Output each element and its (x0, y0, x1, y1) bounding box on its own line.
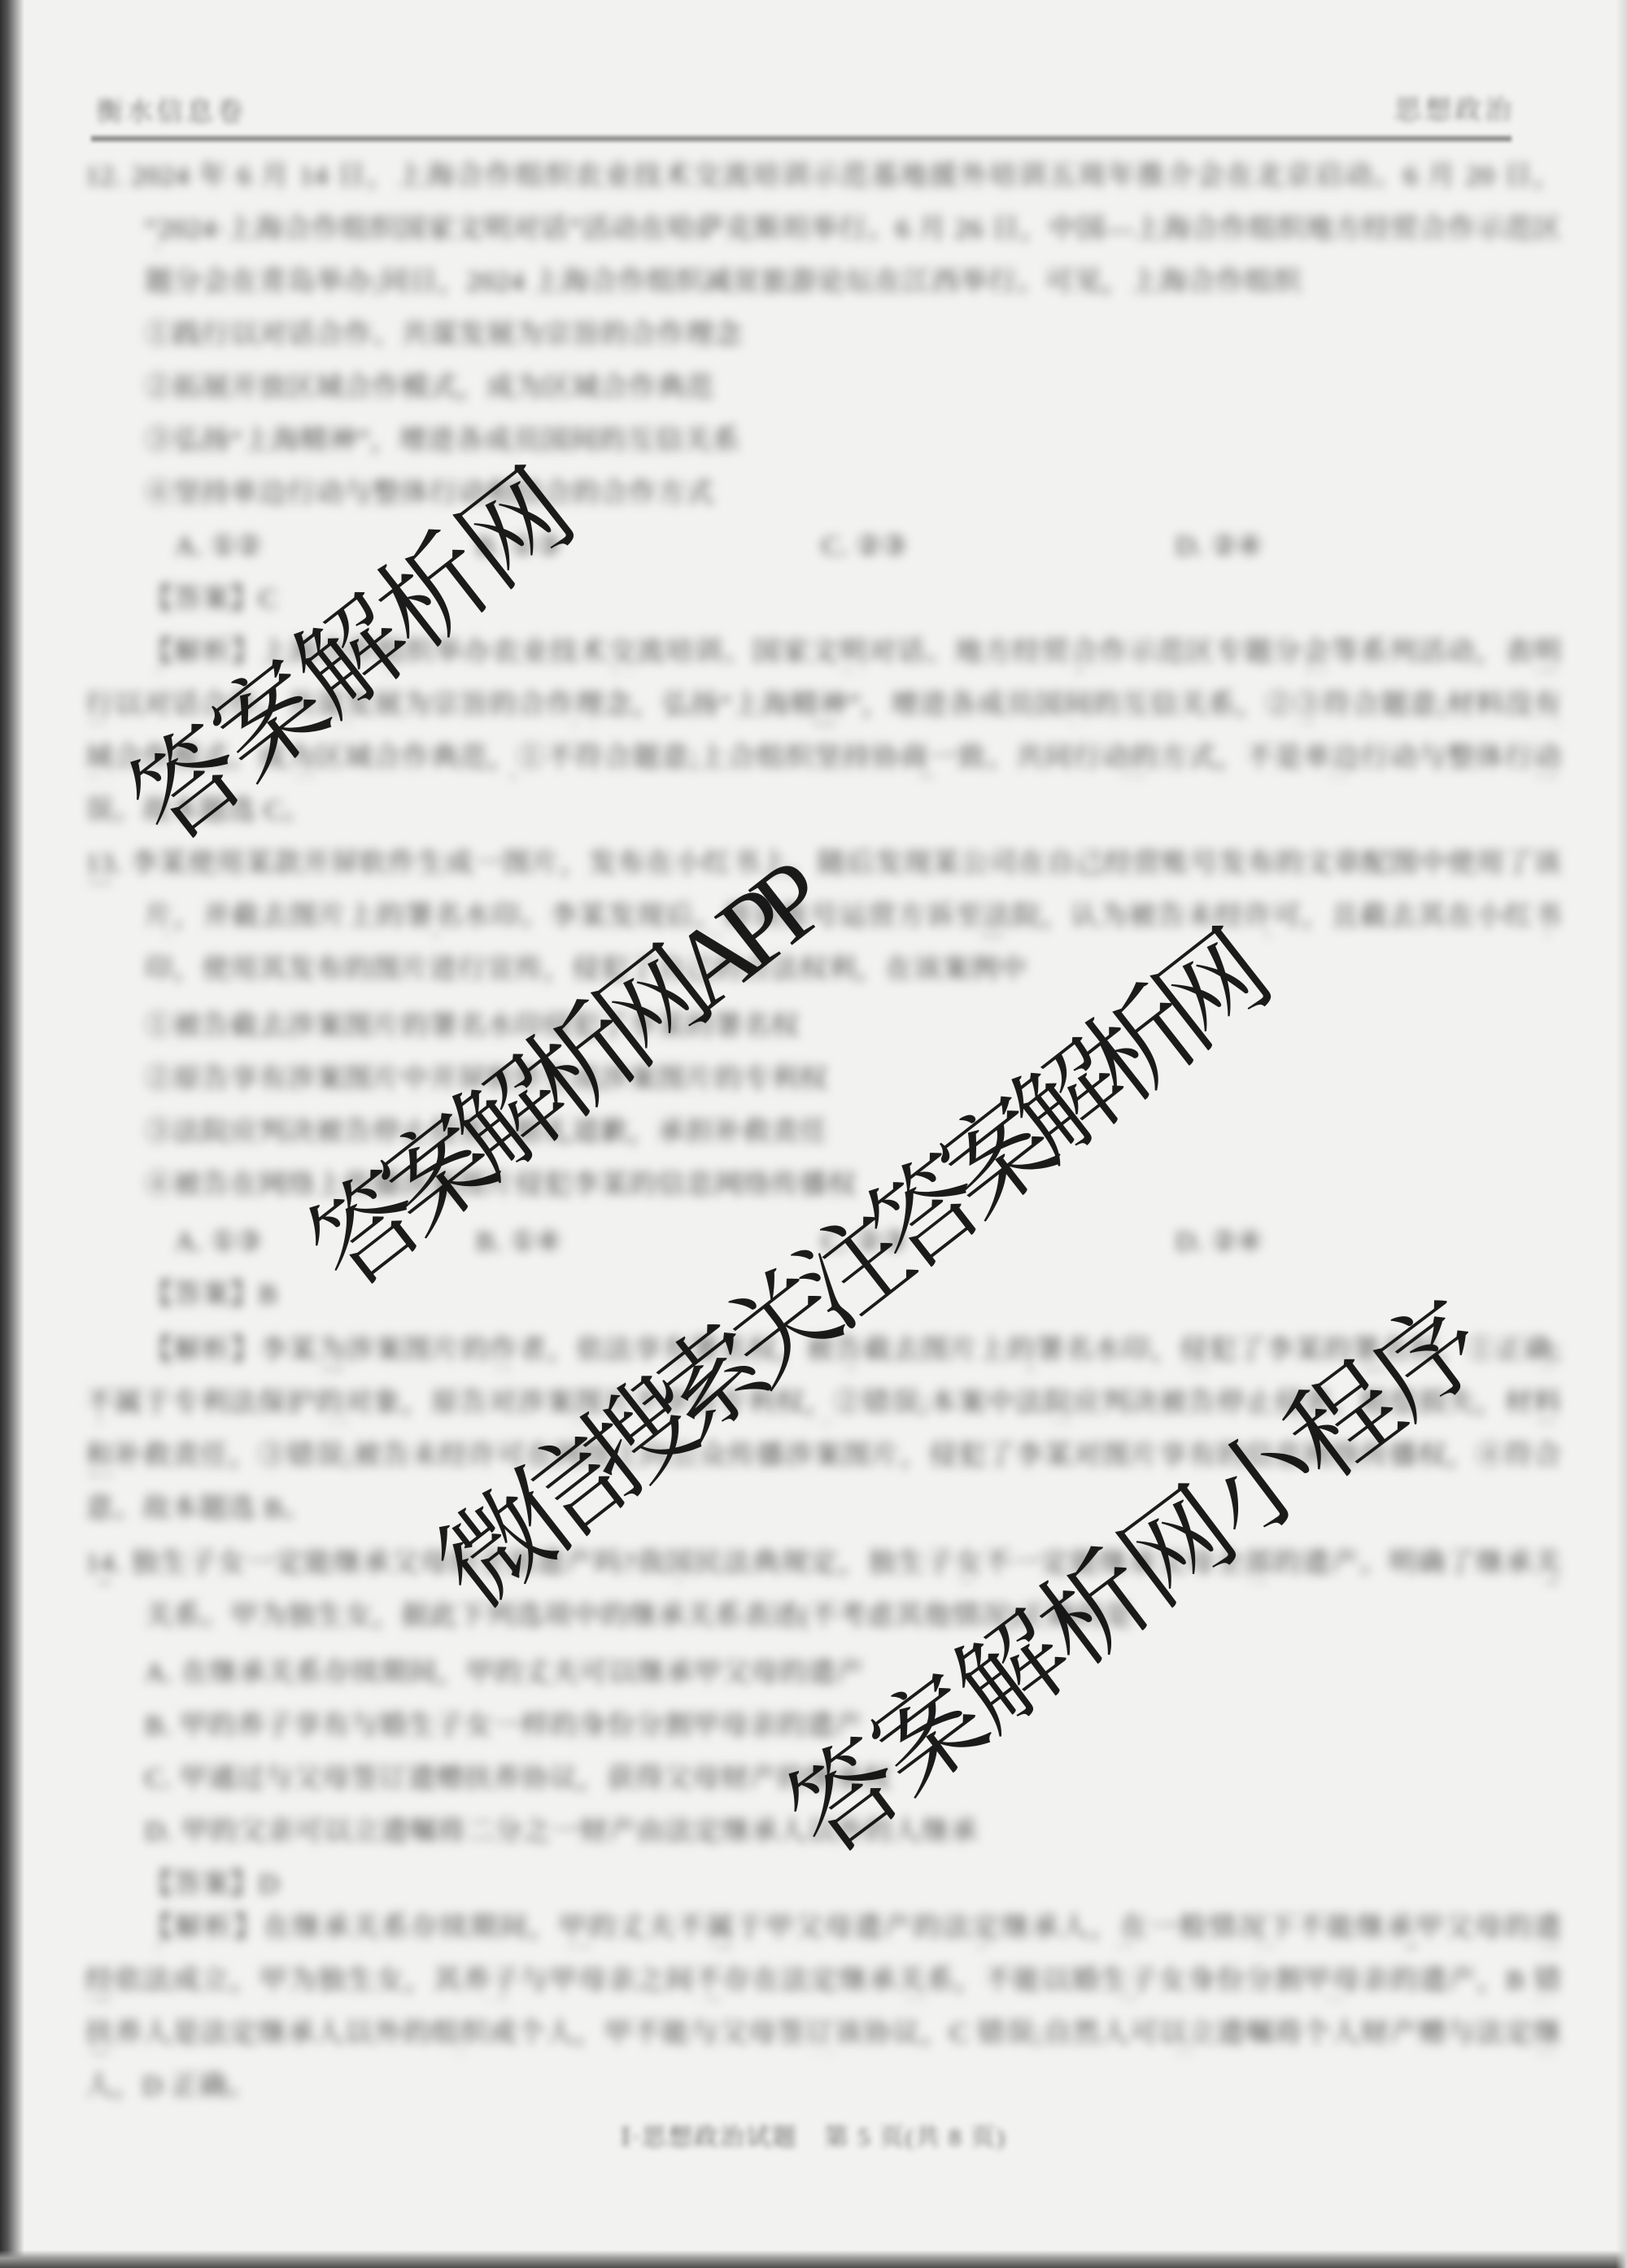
q14-analysis-line-3: 扶养人是法定继承人以外的组织或个人，甲不能与父母签订该协议，C 错误;自然人可以… (85, 2017, 1562, 2053)
q12-stem-line-1: 12. 2024 年 6 月 14 日，上海合作组织农业技术交流培训示范基地援外… (85, 160, 1562, 196)
page-footer: Ⅰ·思想政治试题 第 5 页(共 8 页) (0, 2122, 1627, 2154)
q12-option-a: A. ①② (175, 530, 263, 563)
q13-stem-line-1: 13. 李某使用某款开屏软件生成一图片，发布在小红书上，随后发现某公司在自己经营… (85, 848, 1562, 883)
q12-stem-line-3: 题分会在青岛举办;同日，2024 上海合作组织减贫旅游论坛在江西举行。可见，上海… (145, 266, 1302, 299)
q12-stem-line-2: “2024·上海合作组织国家文明对话”活动在哈萨克斯坦举行。6 月 26 日，中… (145, 213, 1562, 249)
scanned-exam-page: 衡水信息卷 思想政治 12. 2024 年 6 月 14 日，上海合作组织农业技… (0, 0, 1627, 2268)
scan-edge-left (0, 0, 24, 2268)
header-right-subject: 思想政治 (1394, 94, 1515, 127)
scan-edge-right (1616, 0, 1627, 2268)
scan-edge-bottom (0, 2250, 1627, 2268)
q13-answer: 【答案】B (145, 1279, 278, 1311)
q14-analysis-line-1: 【解析】在继承关系存续期间，甲的丈夫不属于甲父母遗产的法定继承人，在一般情况下不… (145, 1912, 1562, 1947)
q14-option-b: B. 甲的养子享有与婚生子女一样的身份分割甲母亲的遗产 (145, 1710, 863, 1742)
q13-option-d: D. ②④ (1176, 1226, 1263, 1258)
q14-option-a: A. 在继承关系存续期间，甲的丈夫可以继承甲父母的遗产 (145, 1657, 865, 1690)
q14-analysis-line-2: 经依法成立，甲为独生女，其养子与甲母亲之间不存在法定继承关系，不能以婚生子女身份… (85, 1965, 1562, 2000)
q13-option-a: A. ①③ (175, 1226, 263, 1258)
q12-option-c: C. ②③ (822, 530, 908, 563)
q12-statement-4: ④坚持单边行动与整体行动相结合的合作方式 (145, 478, 714, 510)
q12-statement-1: ①践行以对话合作、共谋发展为宗旨的合作理念 (145, 319, 743, 351)
q12-statement-3: ③弘扬“上海精神”，增进各成员国间的互信关系 (145, 425, 740, 457)
header-left-title: 衡水信息卷 (96, 96, 246, 129)
q12-statement-2: ②拓展开放区域合作模式，成为区域合作典范 (145, 372, 714, 404)
q12-answer: 【答案】C (145, 583, 278, 616)
q14-analysis-line-4: 人，D 正确。 (85, 2070, 256, 2103)
q13-option-b: B. ①④ (476, 1226, 562, 1258)
q13-stem-line-3: 印，使用其发布的图片进行宣传，侵犯了自己的合法权利，在该案例中 (145, 953, 1027, 986)
header-rule (91, 136, 1511, 142)
q13-analysis-line-4: 意。故本题选 B。 (85, 1493, 312, 1525)
q12-option-d: D. ②④ (1176, 530, 1263, 563)
q13-stem-line-2: 片，并截去图片上的署名水印。李某发现后，将该账号运营方诉至法院，认为被告未经许可… (145, 901, 1562, 936)
q14-answer: 【答案】D (145, 1869, 280, 1901)
q14-stem-line-1: 14. 独生子女一定能继承父母的全部遗产吗?我国民法典规定，独生子女不一定能继承… (85, 1547, 1562, 1583)
